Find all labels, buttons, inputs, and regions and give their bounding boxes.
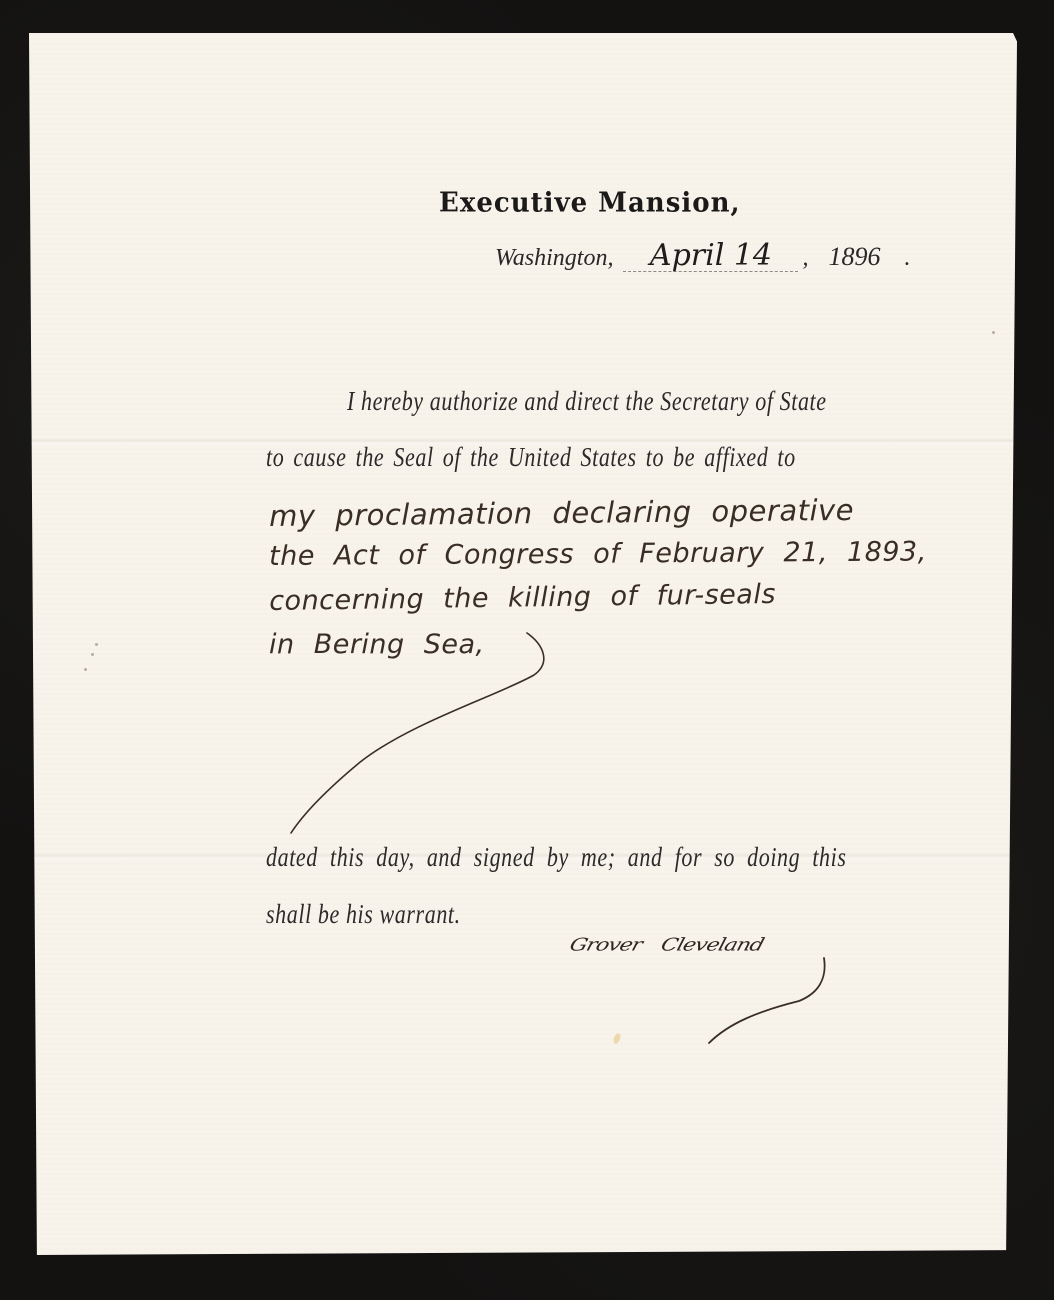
engraved-line: I hereby authorize and direct the Secret… xyxy=(347,385,827,418)
dateline-date: April 14 xyxy=(623,241,798,272)
paper-speck xyxy=(95,643,98,646)
paper-speck xyxy=(84,668,87,671)
dateline-year: 1896 xyxy=(828,242,880,271)
paper-speck xyxy=(992,331,995,334)
handwritten-line: my proclamation declaring operative xyxy=(269,493,854,533)
engraved-line: dated this day, and signed by me; and fo… xyxy=(266,841,847,874)
handwritten-line: in Bering Sea, xyxy=(269,629,485,660)
document-page: Executive Mansion, Washington, April 14,… xyxy=(29,33,1017,1255)
dateline: Washington, April 14, 1896 . xyxy=(495,241,965,272)
dateline-terminal: . xyxy=(904,245,910,271)
paper-speck xyxy=(91,653,94,656)
signature: Grover Cleveland xyxy=(567,936,765,956)
dateline-separator: , xyxy=(802,245,808,271)
handwritten-line: the Act of Congress of February 21, 1893… xyxy=(269,536,927,572)
dateline-place: Washington, xyxy=(495,245,613,271)
letterhead-title: Executive Mansion, xyxy=(439,187,741,219)
engraved-line: to cause the Seal of the United States t… xyxy=(266,441,796,474)
engraved-line: shall be his warrant. xyxy=(266,898,461,931)
